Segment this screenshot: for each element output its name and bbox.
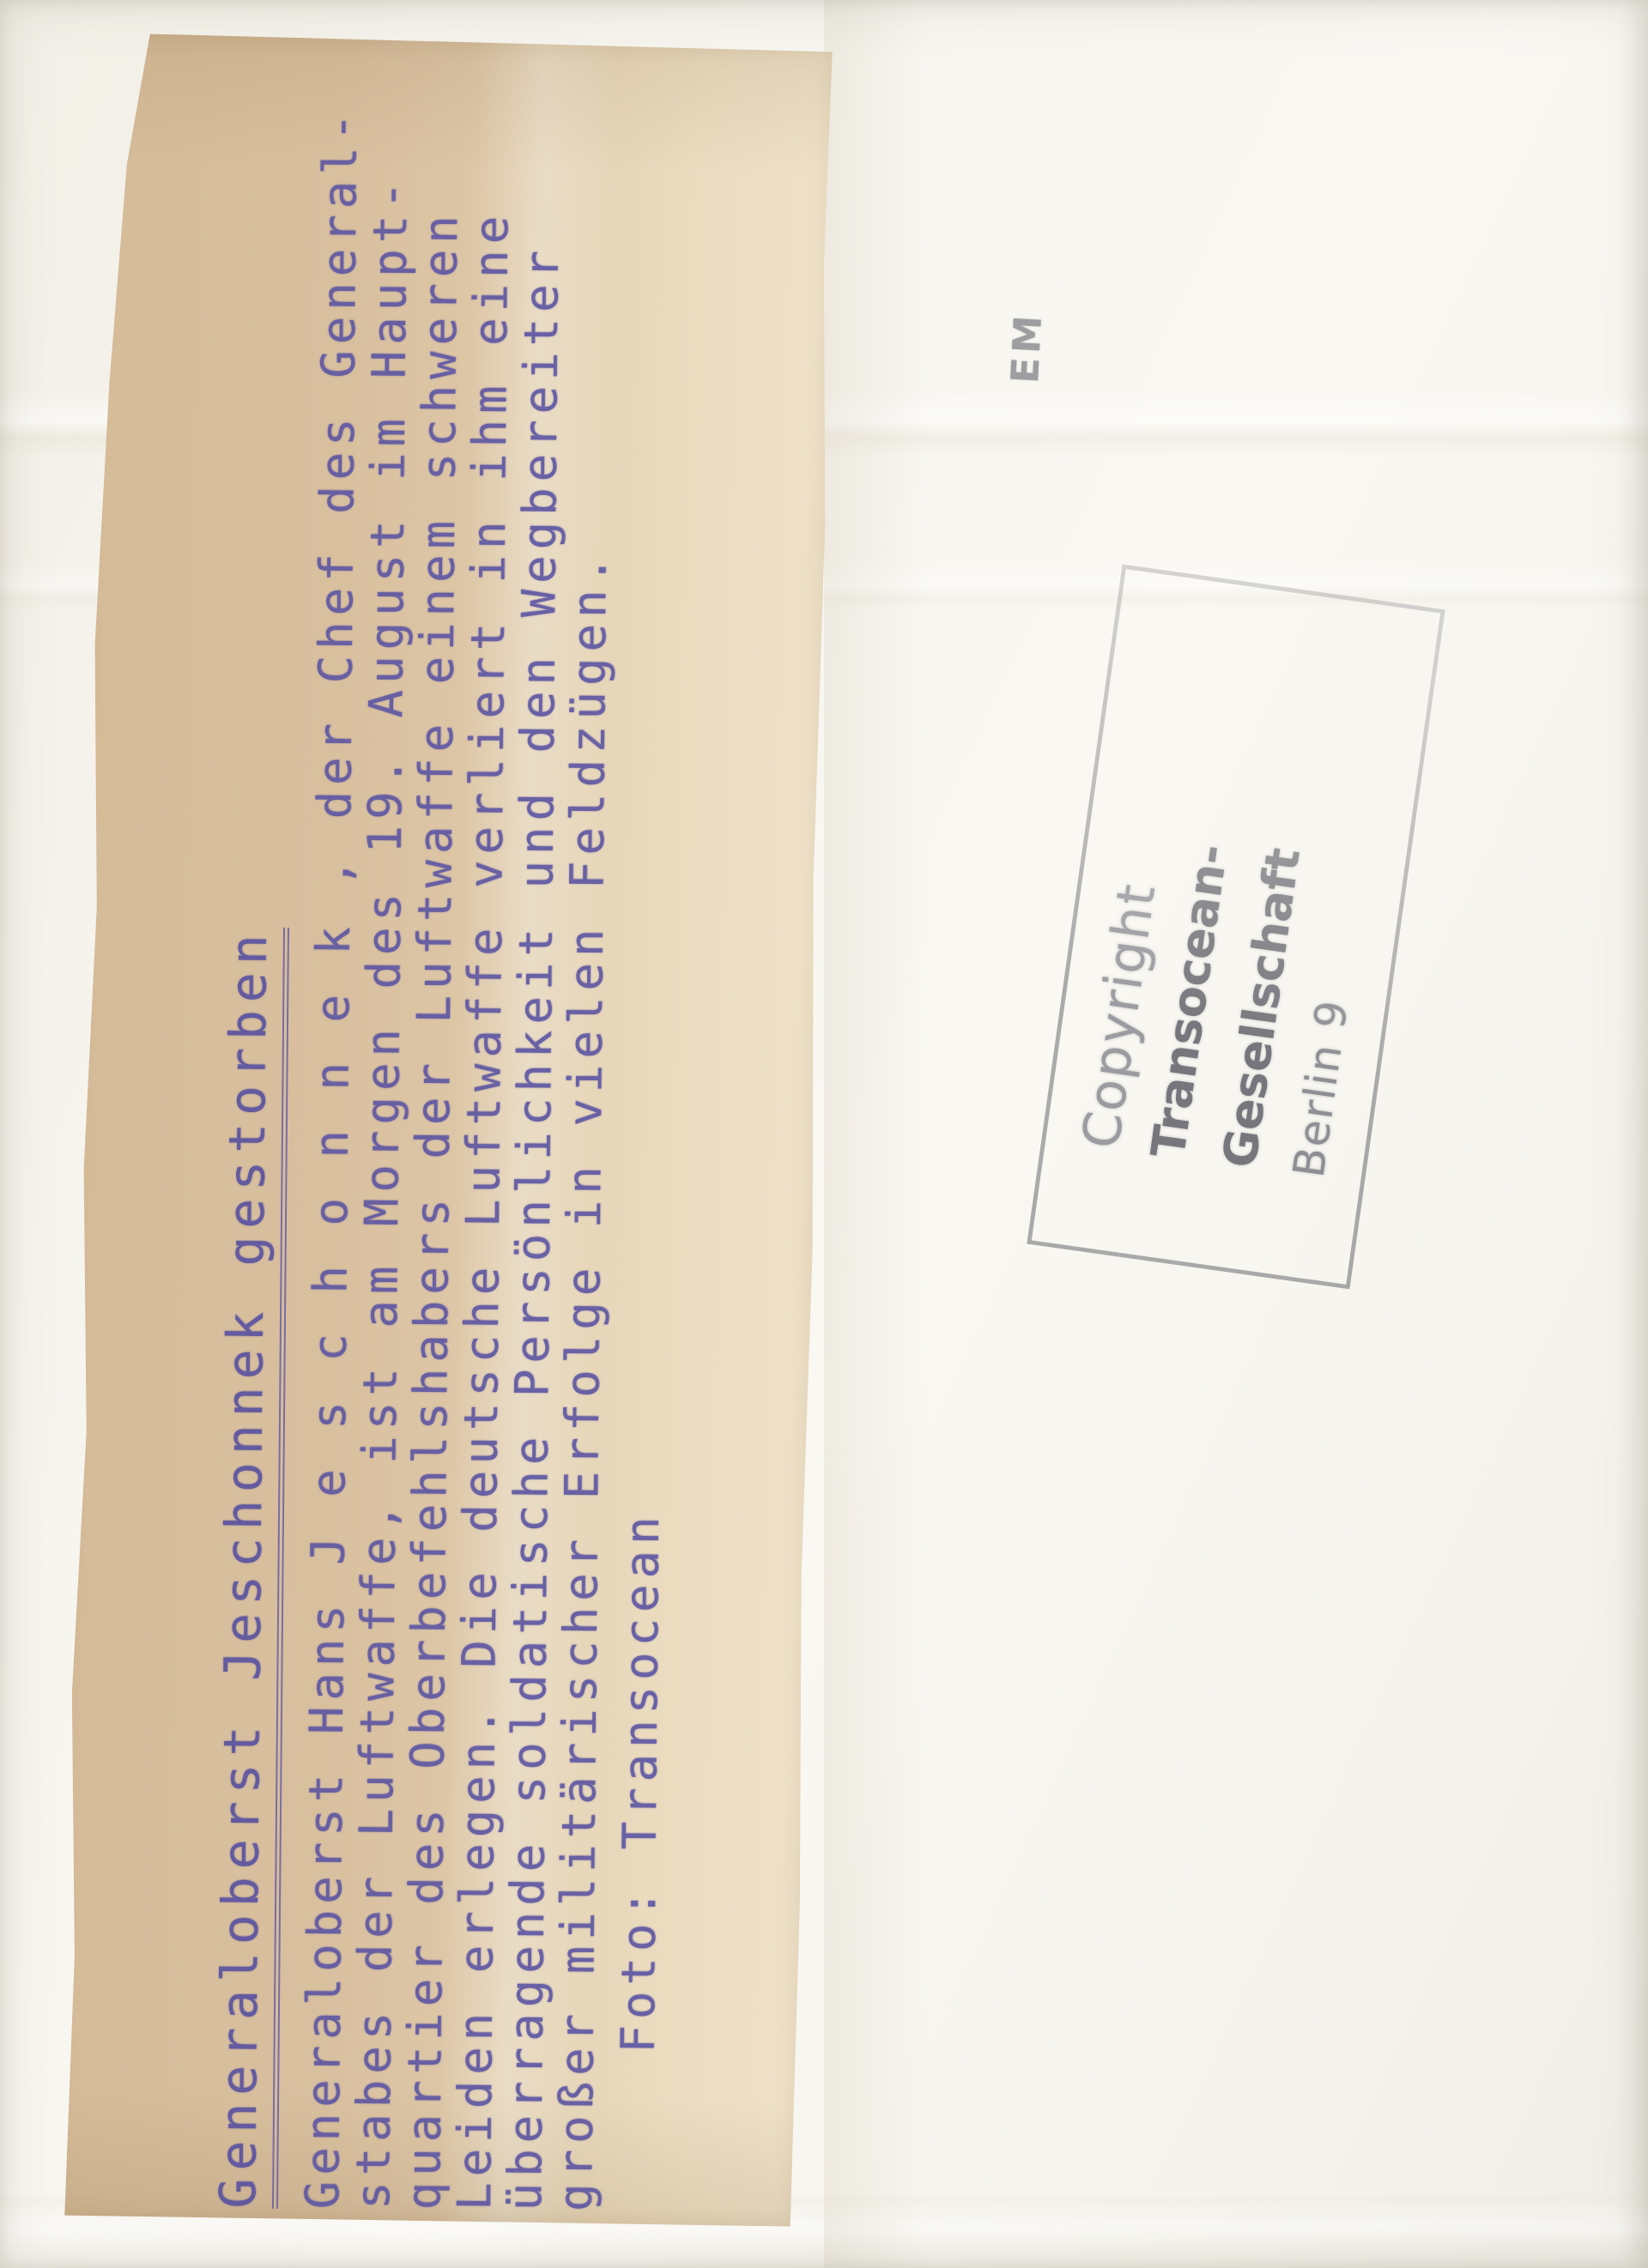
pencil-note-em: EM [1003, 279, 1094, 386]
photo-back-scan: Generaloberst Jeschonnek gestorben Gener… [0, 0, 1648, 2268]
paper-crease [824, 0, 953, 2268]
photo-credit: Foto: Transocean [613, 62, 681, 2053]
caption-strip: Generaloberst Jeschonnek gestorben Gener… [51, 33, 836, 2230]
caption-headline: Generaloberst Jeschonnek gestorben [210, 927, 289, 2209]
typed-caption: Generaloberst Jeschonnek gestorben Gener… [210, 58, 744, 2212]
copyright-stamp: Copyright Transocean-Gesellschaft Berlin… [1027, 564, 1445, 1289]
caption-body: Generaloberst Hans J e s c h o n n e k ,… [297, 59, 620, 2211]
